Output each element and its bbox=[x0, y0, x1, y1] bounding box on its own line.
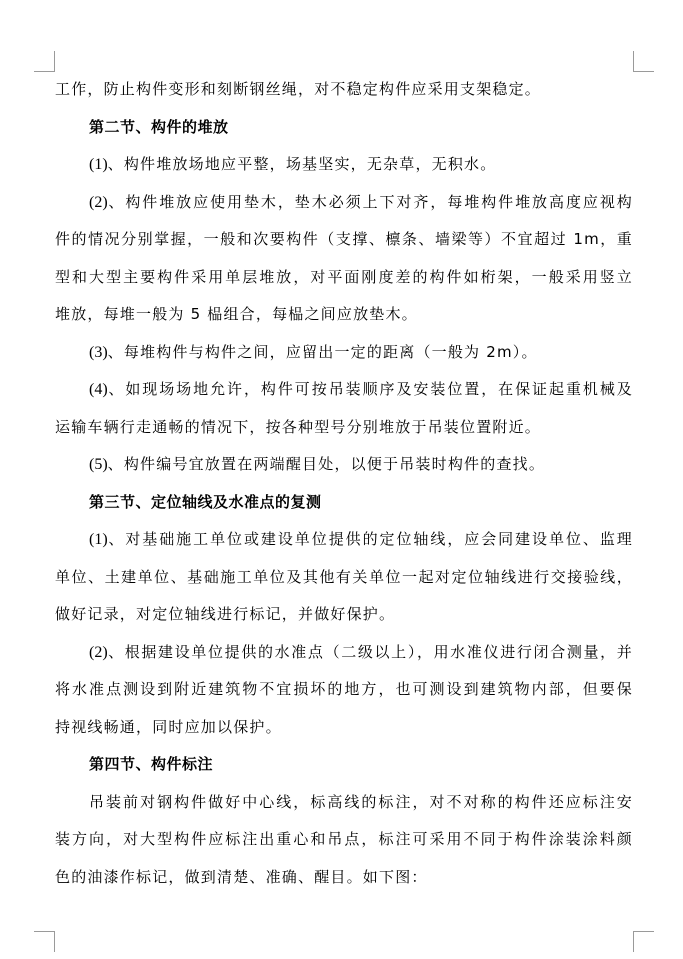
section-heading-3: 第三节、定位轴线及水准点的复测 bbox=[55, 484, 633, 522]
list-item-stacking-2: (2)、构件堆放应使用垫木，垫木必须上下对齐，每堆构件堆放高度应视构 件的情况分… bbox=[55, 184, 633, 334]
text-line: 堆放，每堆一般为 5 榀组合，每榀之间应放垫木。 bbox=[55, 296, 633, 334]
text-line: (2)、根据建设单位提供的水准点（二级以上），用水准仪进行闭合测量，并 bbox=[55, 634, 633, 672]
text-line: 色的油漆作标记，做到清楚、准确、醒目。如下图： bbox=[55, 859, 633, 897]
item-text: 、构件堆放应使用垫木，垫木必须上下对齐，每堆构件堆放高度应视构 bbox=[108, 193, 633, 211]
text-line: 持视线畅通，同时应加以保护。 bbox=[55, 709, 633, 747]
document-body: 工作，防止构件变形和刻断钢丝绳，对不稳定构件应采用支架稳定。 第二节、构件的堆放… bbox=[55, 71, 633, 896]
list-item-stacking-1: (1)、构件堆放场地应平整，场基坚实，无杂草，无积水。 bbox=[55, 146, 633, 184]
crop-mark-top-left bbox=[34, 51, 55, 72]
paragraph-continuation: 工作，防止构件变形和刻断钢丝绳，对不稳定构件应采用支架稳定。 bbox=[55, 71, 633, 109]
text-line: (5)、构件编号宜放置在两端醒目处，以便于吊装时构件的查找。 bbox=[55, 446, 633, 484]
text-line: 将水准点测设到附近建筑物不宜损坏的地方，也可测设到建筑物内部，但要保 bbox=[55, 671, 633, 709]
list-item-stacking-5: (5)、构件编号宜放置在两端醒目处，以便于吊装时构件的查找。 bbox=[55, 446, 633, 484]
list-item-stacking-4: (4)、如现场场地允许，构件可按吊装顺序及安装位置，在保证起重机械及 运输车辆行… bbox=[55, 371, 633, 446]
item-number: (1) bbox=[89, 531, 108, 548]
item-number: (2) bbox=[89, 644, 108, 661]
item-number: (4) bbox=[89, 381, 108, 398]
text-line: (2)、构件堆放应使用垫木，垫木必须上下对齐，每堆构件堆放高度应视构 bbox=[55, 184, 633, 222]
item-text: 、每堆构件与构件之间，应留出一定的距离（一般为 2m）。 bbox=[108, 343, 538, 361]
section-heading-2: 第二节、构件的堆放 bbox=[55, 109, 633, 147]
item-text: 、构件编号宜放置在两端醒目处，以便于吊装时构件的查找。 bbox=[108, 455, 545, 473]
document-page: 工作，防止构件变形和刻断钢丝绳，对不稳定构件应采用支架稳定。 第二节、构件的堆放… bbox=[0, 0, 683, 959]
crop-mark-bottom-right bbox=[633, 931, 654, 952]
item-text: 、构件堆放场地应平整，场基坚实，无杂草，无积水。 bbox=[108, 155, 497, 173]
crop-mark-top-right bbox=[633, 51, 654, 72]
text-line: (1)、构件堆放场地应平整，场基坚实，无杂草，无积水。 bbox=[55, 146, 633, 184]
item-number: (1) bbox=[89, 156, 108, 173]
text-line: 做好记录，对定位轴线进行标记，并做好保护。 bbox=[55, 596, 633, 634]
list-item-survey-1: (1)、对基础施工单位或建设单位提供的定位轴线，应会同建设单位、监理 单位、土建… bbox=[55, 521, 633, 634]
list-item-stacking-3: (3)、每堆构件与构件之间，应留出一定的距离（一般为 2m）。 bbox=[55, 334, 633, 372]
item-text: 、对基础施工单位或建设单位提供的定位轴线，应会同建设单位、监理 bbox=[108, 530, 633, 548]
text-line: 单位、土建单位、基础施工单位及其他有关单位一起对定位轴线进行交接验线， bbox=[55, 559, 633, 597]
paragraph-marking: 吊装前对钢构件做好中心线，标高线的标注，对不对称的构件还应标注安 装方向，对大型… bbox=[55, 784, 633, 897]
text-line: 装方向，对大型构件应标注出重心和吊点，标注可采用不同于构件涂装涂料颜 bbox=[55, 821, 633, 859]
item-number: (5) bbox=[89, 456, 108, 473]
item-number: (3) bbox=[89, 344, 108, 361]
text-line: 运输车辆行走通畅的情况下，按各种型号分别堆放于吊装位置附近。 bbox=[55, 409, 633, 447]
text-line: (3)、每堆构件与构件之间，应留出一定的距离（一般为 2m）。 bbox=[55, 334, 633, 372]
list-item-survey-2: (2)、根据建设单位提供的水准点（二级以上），用水准仪进行闭合测量，并 将水准点… bbox=[55, 634, 633, 747]
text-line: (1)、对基础施工单位或建设单位提供的定位轴线，应会同建设单位、监理 bbox=[55, 521, 633, 559]
text-line: 件的情况分别掌握，一般和次要构件（支撑、檩条、墙梁等）不宜超过 1m，重 bbox=[55, 221, 633, 259]
text-line: (4)、如现场场地允许，构件可按吊装顺序及安装位置，在保证起重机械及 bbox=[55, 371, 633, 409]
crop-mark-bottom-left bbox=[34, 931, 55, 952]
section-heading-4: 第四节、构件标注 bbox=[55, 746, 633, 784]
text-line: 型和大型主要构件采用单层堆放，对平面刚度差的构件如桁架，一般采用竖立 bbox=[55, 259, 633, 297]
text-line: 工作，防止构件变形和刻断钢丝绳，对不稳定构件应采用支架稳定。 bbox=[55, 71, 633, 109]
item-text: 、如现场场地允许，构件可按吊装顺序及安装位置，在保证起重机械及 bbox=[108, 380, 633, 398]
text-line: 吊装前对钢构件做好中心线，标高线的标注，对不对称的构件还应标注安 bbox=[55, 784, 633, 822]
item-text: 、根据建设单位提供的水准点（二级以上），用水准仪进行闭合测量，并 bbox=[108, 643, 633, 661]
item-number: (2) bbox=[89, 194, 108, 211]
